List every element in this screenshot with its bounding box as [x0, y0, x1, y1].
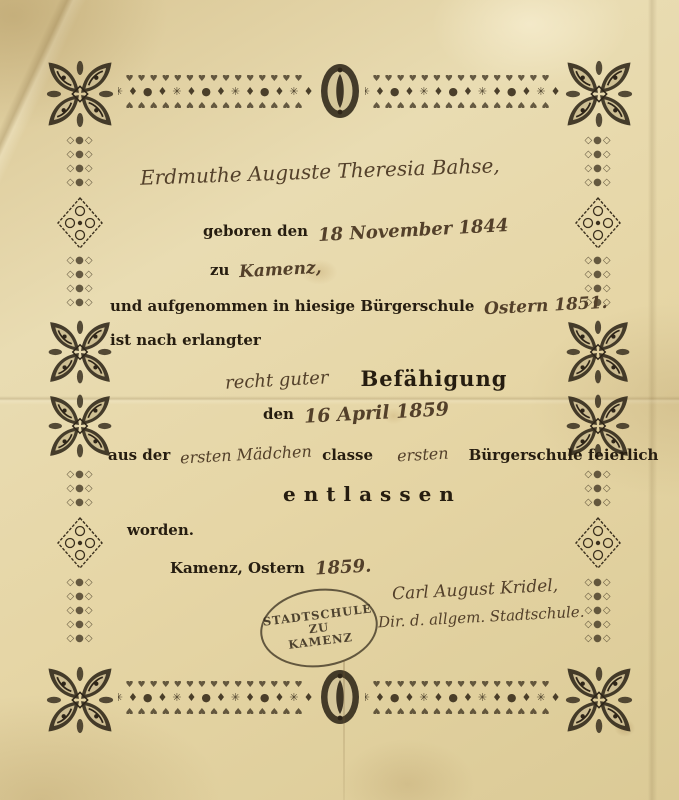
- dismissal-date-handwritten: 16 April 1859: [303, 398, 449, 428]
- birth-label: geboren den: [203, 222, 308, 240]
- chain-cluster-ornament: ◇●◇: [66, 268, 93, 282]
- left-border-chain: ◇●◇◇●◇◇●◇: [50, 468, 110, 510]
- signature-title: Dir. d. allgem. Stadtschule.: [378, 603, 585, 632]
- band-medallion-icon: [318, 668, 362, 726]
- heart-ornament-row: ♥♥♥♥♥♥♥♥♥♥♥♥♥♥♥: [372, 75, 553, 84]
- crease-line: [343, 660, 345, 800]
- class-prefix: aus der: [108, 446, 170, 464]
- chain-cluster-ornament: ◇●◇: [66, 618, 93, 632]
- mid-ornament-row: ♦✳♦●♦✳♦●♦✳♦●♦✳♦●: [118, 84, 314, 99]
- qualification-word: Befähigung: [361, 366, 508, 391]
- right-border-chain: ◇●◇◇●◇◇●◇◇●◇: [568, 134, 628, 190]
- admission-date-handwritten: Ostern 1851.: [484, 293, 608, 319]
- chain-cluster-ornament: ◇●◇: [66, 468, 93, 482]
- heart-ornament-row: ♥♥♥♥♥♥♥♥♥♥♥♥♥♥♥: [125, 75, 306, 84]
- chain-cluster-ornament: ◇●◇: [66, 148, 93, 162]
- chain-cluster-ornament: ◇●◇: [584, 576, 611, 590]
- date-label: den: [263, 405, 294, 423]
- border-segment: ♥♥♥♥♥♥♥♥♥♥♥♥♥♥♥ ♦✳♦●♦✳♦●♦✳♦●♦✳♦● ♥♥♥♥♥♥♥…: [118, 681, 314, 714]
- chain-cluster-ornament: ◇●◇: [584, 632, 611, 646]
- stamp-line-3: KAMENZ: [288, 631, 354, 652]
- chain-cluster-ornament: ◇●◇: [584, 468, 611, 482]
- birthplace-label: zu: [210, 261, 229, 279]
- mid-ornament-row: ♦✳♦●♦✳♦●♦✳♦●♦✳♦●: [365, 690, 561, 705]
- chain-cluster-ornament: ◇●◇: [584, 254, 611, 268]
- class-mid: classe: [322, 446, 373, 464]
- diamond-medallion-icon: [573, 516, 623, 570]
- top-border-band: ♥♥♥♥♥♥♥♥♥♥♥♥♥♥♥ ♦✳♦●♦✳♦●♦✳♦●♦✳♦● ♥♥♥♥♥♥♥…: [118, 62, 561, 120]
- diamond-medallion-icon: [55, 516, 105, 570]
- corner-rosette-icon: [42, 56, 118, 132]
- left-border-chain: ◇●◇◇●◇◇●◇◇●◇: [50, 254, 110, 310]
- side-rosette-icon: [44, 316, 116, 388]
- birthplace-line: zu Kamenz,: [210, 260, 322, 280]
- corner-rosette-icon: [42, 662, 118, 738]
- side-rosette-icon: [562, 316, 634, 388]
- side-rosette-icon: [44, 390, 116, 462]
- mid-ornament-row: ♦✳♦●♦✳♦●♦✳♦●♦✳♦●: [118, 690, 314, 705]
- chain-cluster-ornament: ◇●◇: [66, 632, 93, 646]
- worden-word: worden.: [127, 521, 194, 539]
- chain-cluster-ornament: ◇●◇: [66, 590, 93, 604]
- class-handwritten-1: ersten Mädchen: [180, 442, 313, 468]
- chain-cluster-ornament: ◇●◇: [66, 496, 93, 510]
- qualification-line: recht guter Befähigung: [225, 366, 507, 391]
- chain-cluster-ornament: ◇●◇: [66, 176, 93, 190]
- birthplace-handwritten: Kamenz,: [239, 258, 322, 282]
- chain-cluster-ornament: ◇●◇: [584, 604, 611, 618]
- school-stamp: STADTSCHULE ZU KAMENZ: [256, 582, 383, 674]
- heart-ornament-row: ♥♥♥♥♥♥♥♥♥♥♥♥♥♥♥: [125, 99, 306, 108]
- chain-cluster-ornament: ◇●◇: [66, 162, 93, 176]
- birth-line: geboren den 18 November 1844: [203, 220, 509, 241]
- chain-cluster-ornament: ◇●◇: [584, 148, 611, 162]
- bottom-border-band: ♥♥♥♥♥♥♥♥♥♥♥♥♥♥♥ ♦✳♦●♦✳♦●♦✳♦●♦✳♦● ♥♥♥♥♥♥♥…: [118, 668, 561, 726]
- heart-ornament-row: ♥♥♥♥♥♥♥♥♥♥♥♥♥♥♥: [372, 681, 553, 690]
- chain-cluster-ornament: ◇●◇: [66, 482, 93, 496]
- band-medallion-icon: [318, 62, 362, 120]
- diamond-medallion-icon: [573, 196, 623, 250]
- chain-cluster-ornament: ◇●◇: [584, 176, 611, 190]
- footer-place-date: Kamenz, Ostern 1859.: [170, 557, 371, 578]
- chain-cluster-ornament: ◇●◇: [584, 482, 611, 496]
- chain-cluster-ornament: ◇●◇: [66, 282, 93, 296]
- corner-rosette-icon: [561, 662, 637, 738]
- right-border-rosettes: [562, 316, 634, 462]
- admission-line: und aufgenommen in hiesige Bürgerschule …: [110, 296, 608, 316]
- class-handwritten-2: ersten: [397, 444, 449, 466]
- mid-ornament-row: ♦✳♦●♦✳♦●♦✳♦●♦✳♦●: [365, 84, 561, 99]
- chain-cluster-ornament: ◇●◇: [66, 134, 93, 148]
- right-border-chain: ◇●◇◇●◇◇●◇: [568, 468, 628, 510]
- certificate-page: ♥♥♥♥♥♥♥♥♥♥♥♥♥♥♥ ♦✳♦●♦✳♦●♦✳♦●♦✳♦● ♥♥♥♥♥♥♥…: [0, 0, 679, 800]
- after-attained-text: ist nach erlangter: [110, 331, 261, 349]
- heart-ornament-row: ♥♥♥♥♥♥♥♥♥♥♥♥♥♥♥: [372, 705, 553, 714]
- admission-text: und aufgenommen in hiesige Bürgerschule: [110, 297, 474, 315]
- left-border-chain: ◇●◇◇●◇◇●◇◇●◇: [50, 134, 110, 190]
- chain-cluster-ornament: ◇●◇: [66, 576, 93, 590]
- chain-cluster-ornament: ◇●◇: [66, 604, 93, 618]
- corner-rosette-icon: [561, 56, 637, 132]
- footer-place: Kamenz, Ostern: [170, 559, 305, 577]
- diamond-medallion-icon: [55, 196, 105, 250]
- grade-handwritten: recht guter: [225, 367, 329, 393]
- chain-cluster-ornament: ◇●◇: [584, 134, 611, 148]
- chain-cluster-ornament: ◇●◇: [66, 254, 93, 268]
- chain-cluster-ornament: ◇●◇: [584, 618, 611, 632]
- signature-name: Carl August Kridel,: [392, 576, 559, 605]
- chain-cluster-ornament: ◇●◇: [584, 590, 611, 604]
- border-segment: ♥♥♥♥♥♥♥♥♥♥♥♥♥♥♥ ♦✳♦●♦✳♦●♦✳♦●♦✳♦● ♥♥♥♥♥♥♥…: [118, 75, 314, 108]
- chain-cluster-ornament: ◇●◇: [66, 296, 93, 310]
- footer-year-handwritten: 1859.: [314, 556, 371, 580]
- left-border-rosettes: [44, 316, 116, 462]
- chain-cluster-ornament: ◇●◇: [584, 268, 611, 282]
- birth-date-handwritten: 18 November 1844: [318, 215, 509, 246]
- dismissed-word: entlassen: [283, 482, 462, 506]
- heart-ornament-row: ♥♥♥♥♥♥♥♥♥♥♥♥♥♥♥: [372, 99, 553, 108]
- class-line: aus der ersten Mädchen classe ersten Bür…: [108, 445, 572, 464]
- heart-ornament-row: ♥♥♥♥♥♥♥♥♥♥♥♥♥♥♥: [125, 681, 306, 690]
- class-suffix: Bürgerschule feierlich: [469, 446, 659, 464]
- dismissal-date-line: den 16 April 1859: [263, 402, 449, 424]
- chain-cluster-ornament: ◇●◇: [584, 162, 611, 176]
- pupil-name: Erdmuthe Auguste Theresia Bahse,: [140, 154, 471, 190]
- heart-ornament-row: ♥♥♥♥♥♥♥♥♥♥♥♥♥♥♥: [125, 705, 306, 714]
- border-segment: ♥♥♥♥♥♥♥♥♥♥♥♥♥♥♥ ♦✳♦●♦✳♦●♦✳♦●♦✳♦● ♥♥♥♥♥♥♥…: [365, 75, 561, 108]
- left-border-chain: ◇●◇◇●◇◇●◇◇●◇◇●◇: [50, 576, 110, 646]
- chain-cluster-ornament: ◇●◇: [584, 496, 611, 510]
- border-segment: ♥♥♥♥♥♥♥♥♥♥♥♥♥♥♥ ♦✳♦●♦✳♦●♦✳♦●♦✳♦● ♥♥♥♥♥♥♥…: [365, 681, 561, 714]
